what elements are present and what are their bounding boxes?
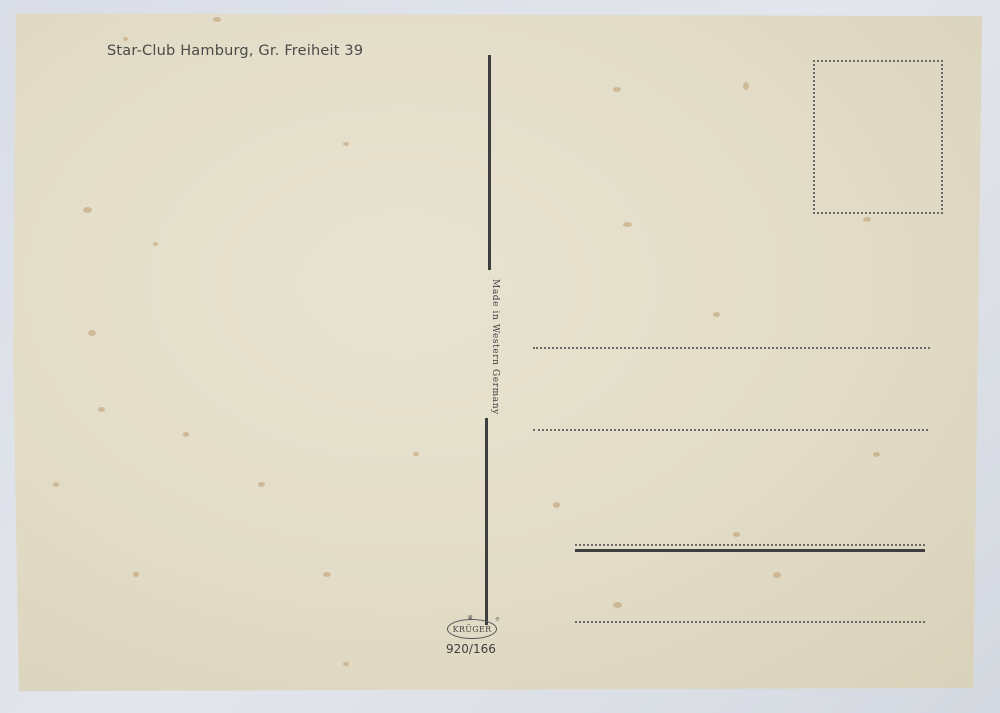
publisher-logo: KRÜGER	[447, 619, 497, 639]
card-number: 920/166	[446, 642, 496, 656]
divider-line-bottom	[485, 418, 488, 625]
registered-mark: ®	[495, 617, 500, 623]
address-line-3-solid	[575, 549, 925, 552]
divider-line-top	[488, 55, 491, 270]
location-caption: Star-Club Hamburg, Gr. Freiheit 39	[107, 43, 363, 59]
stamp-box	[813, 60, 943, 214]
address-line-3-dotted	[575, 544, 925, 546]
address-line-1	[533, 347, 930, 349]
address-line-4	[575, 621, 925, 623]
divider-text: Made in Western Germany	[476, 272, 500, 422]
address-line-2	[533, 429, 928, 431]
